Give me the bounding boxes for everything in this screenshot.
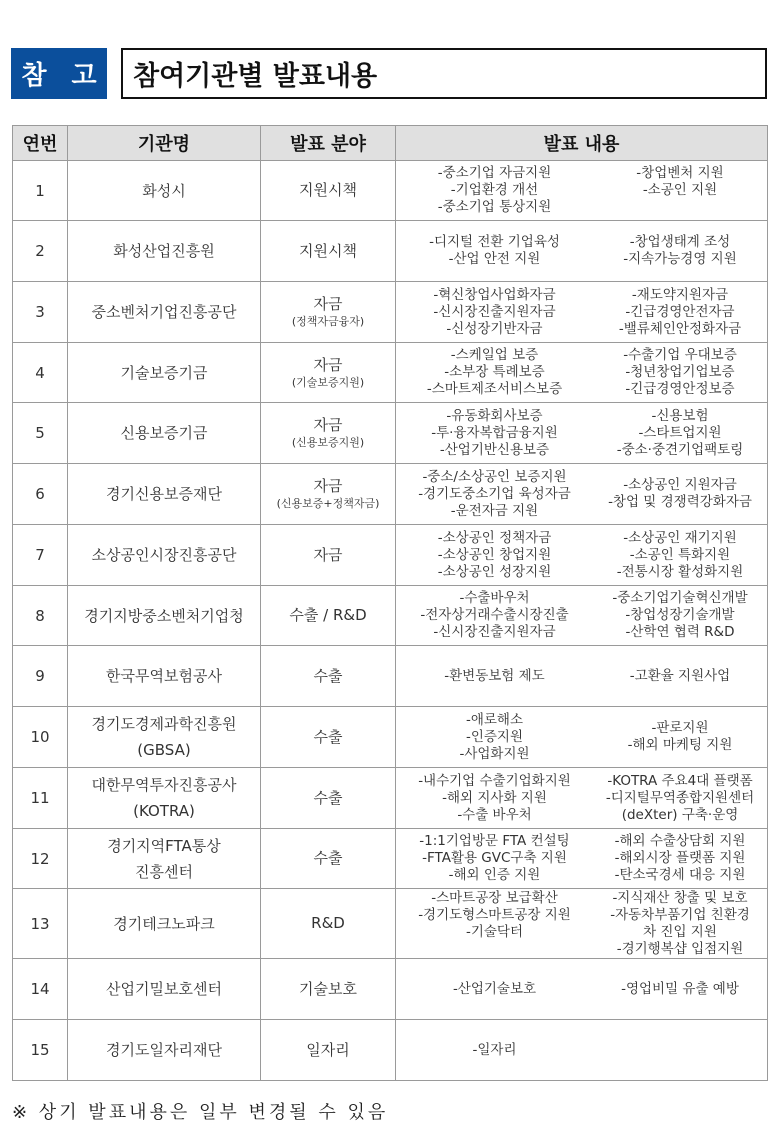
presentation-field: 수출 [261, 707, 396, 768]
presentation-content: -일자리 [396, 1020, 768, 1081]
content-item: -스타트업지원 [593, 425, 767, 442]
content-item: -스케일업 보증 [396, 347, 593, 364]
content-item: 차 진입 지원 [593, 924, 767, 941]
presentation-field: 수출 [261, 829, 396, 889]
field-label: 수출 [261, 789, 395, 808]
org-name: 경기도경제과학진흥원(GBSA) [68, 707, 261, 768]
table-row: 6경기신용보증재단자금(신용보증+정책자금)-중소/소상공인 보증지원-경기도중… [13, 464, 768, 525]
content-item: -신용보험 [593, 408, 767, 425]
content-column-left: -중소/소상공인 보증지원-경기도중소기업 육성자금-운전자금 지원 [396, 469, 593, 520]
content-item: -소부장 특례보증 [396, 364, 593, 381]
content-item: -신시장진출지원자금 [396, 304, 593, 321]
org-name-line: (KOTRA) [68, 798, 260, 824]
field-label: 자금 [261, 295, 395, 314]
content-item: -소상공인 지원자금 [593, 477, 767, 494]
content-item: -수출 바우처 [396, 807, 593, 824]
content-item: -경기도형스마트공장 지원 [396, 907, 593, 924]
content-item: -운전자금 지원 [396, 503, 593, 520]
content-item: -해외 수출상담회 지원 [593, 833, 767, 850]
content-item: -긴급경영안정보증 [593, 381, 767, 398]
org-name-line: 경기도경제과학진흥원 [68, 711, 260, 737]
field-label: 지원시책 [261, 242, 395, 261]
content-item: -창업성장기술개발 [593, 607, 767, 624]
row-number: 9 [13, 646, 68, 707]
content-item: -자동차부품기업 친환경 [593, 907, 767, 924]
presentation-content: -내수기업 수출기업화지원-해외 지사화 지원-수출 바우처-KOTRA 주요4… [396, 768, 768, 829]
row-number: 10 [13, 707, 68, 768]
content-column-left: -중소기업 자금지원-기업환경 개선-중소기업 통상지원 [396, 165, 593, 216]
row-number: 5 [13, 403, 68, 464]
content-item: -스마트공장 보급확산 [396, 890, 593, 907]
content-item: -지속가능경영 지원 [593, 251, 767, 268]
content-item: -판로지원 [593, 720, 767, 737]
content-item: -지식재산 창출 및 보호 [593, 890, 767, 907]
content-item: -중소기업기술혁신개발 [593, 590, 767, 607]
content-column-right: -영업비밀 유출 예방 [593, 981, 767, 998]
presentation-field: 수출 [261, 768, 396, 829]
column-header-field: 발표 분야 [261, 126, 396, 161]
row-number: 3 [13, 282, 68, 343]
org-name-line: 경기신용보증재단 [68, 481, 260, 507]
org-name-line: 경기지방중소벤처기업청 [68, 603, 260, 629]
org-name: 경기도일자리재단 [68, 1020, 261, 1081]
org-name-line: (GBSA) [68, 737, 260, 763]
content-item: -산업 안전 지원 [396, 251, 593, 268]
content-column-left: -환변동보험 제도 [396, 668, 593, 685]
content-item: -소상공인 정책자금 [396, 530, 593, 547]
presentation-content: -중소기업 자금지원-기업환경 개선-중소기업 통상지원-창업벤처 지원-소공인… [396, 161, 768, 221]
field-label: 기술보호 [261, 980, 395, 999]
org-name: 신용보증기금 [68, 403, 261, 464]
org-name-line: 산업기밀보호센터 [68, 976, 260, 1002]
org-name-line: 경기도일자리재단 [68, 1037, 260, 1063]
content-column-left: -내수기업 수출기업화지원-해외 지사화 지원-수출 바우처 [396, 773, 593, 824]
org-name-line: 기술보증기금 [68, 360, 260, 386]
presentation-field: 지원시책 [261, 221, 396, 282]
table-row: 3중소벤처기업진흥공단자금(정책자금융자)-혁신창업사업화자금-신시장진출지원자… [13, 282, 768, 343]
org-name-line: 한국무역보험공사 [68, 663, 260, 689]
content-item: -재도약지원자금 [593, 287, 767, 304]
content-item: -탄소국경세 대응 지원 [593, 867, 767, 884]
table-row: 7소상공인시장진흥공단자금-소상공인 정책자금-소상공인 창업지원-소상공인 성… [13, 525, 768, 586]
org-name: 한국무역보험공사 [68, 646, 261, 707]
presentation-field: 자금(신용보증지원) [261, 403, 396, 464]
row-number: 12 [13, 829, 68, 889]
org-name-line: 소상공인시장진흥공단 [68, 542, 260, 568]
presentation-content: -환변동보험 제도-고환율 지원사업 [396, 646, 768, 707]
org-name: 소상공인시장진흥공단 [68, 525, 261, 586]
content-column-left: -애로해소-인증지원-사업화지원 [396, 712, 593, 763]
content-item: -창업 및 경쟁력강화자금 [593, 494, 767, 511]
table-row: 1화성시지원시책-중소기업 자금지원-기업환경 개선-중소기업 통상지원-창업벤… [13, 161, 768, 221]
presentation-field: 지원시책 [261, 161, 396, 221]
field-sublabel: (신용보증+정책자금) [261, 496, 395, 511]
content-item: -소공인 지원 [593, 182, 767, 199]
content-item: -일자리 [396, 1042, 593, 1059]
column-header-content: 발표 내용 [396, 126, 768, 161]
row-number: 6 [13, 464, 68, 525]
field-label: 자금 [261, 356, 395, 375]
org-name: 기술보증기금 [68, 343, 261, 403]
field-label: 수출 [261, 667, 395, 686]
footnote: ※ 상기 발표내용은 일부 변경될 수 있음 [12, 1098, 388, 1124]
row-number: 2 [13, 221, 68, 282]
content-item: -산학연 협력 R&D [593, 624, 767, 641]
row-number: 14 [13, 959, 68, 1020]
content-item: -1:1기업방문 FTA 컨설팅 [396, 833, 593, 850]
presentation-content: -디지털 전환 기업육성-산업 안전 지원-창업생태계 조성-지속가능경영 지원 [396, 221, 768, 282]
org-name: 대한무역투자진흥공사(KOTRA) [68, 768, 261, 829]
presentation-content: -애로해소-인증지원-사업화지원-판로지원-해외 마케팅 지원 [396, 707, 768, 768]
content-column-right: -소상공인 재기지원-소공인 특화지원-전통시장 활성화지원 [593, 530, 767, 581]
content-column-right: -수출기업 우대보증-청년창업기업보증-긴급경영안정보증 [593, 347, 767, 398]
content-column-right: -지식재산 창출 및 보호-자동차부품기업 친환경 차 진입 지원-경기행복샵 … [593, 890, 767, 958]
org-name: 경기지방중소벤처기업청 [68, 586, 261, 646]
presentation-field: 자금(정책자금융자) [261, 282, 396, 343]
row-number: 11 [13, 768, 68, 829]
content-item: -유동화회사보증 [396, 408, 593, 425]
table-row: 13경기테크노파크R&D-스마트공장 보급확산-경기도형스마트공장 지원-기술닥… [13, 889, 768, 959]
row-number: 13 [13, 889, 68, 959]
content-item: -인증지원 [396, 729, 593, 746]
content-item: -신성장기반자금 [396, 321, 593, 338]
field-label: 자금 [261, 546, 395, 565]
field-label: 수출 / R&D [261, 606, 395, 625]
presentation-content: -혁신창업사업화자금-신시장진출지원자금-신성장기반자금-재도약지원자금-긴급경… [396, 282, 768, 343]
table-row: 9한국무역보험공사수출-환변동보험 제도-고환율 지원사업 [13, 646, 768, 707]
field-label: R&D [261, 914, 395, 933]
row-number: 4 [13, 343, 68, 403]
table-row: 14산업기밀보호센터기술보호-산업기술보호-영업비밀 유출 예방 [13, 959, 768, 1020]
content-item: -소상공인 재기지원 [593, 530, 767, 547]
table-row: 4기술보증기금자금(기술보증지원)-스케일업 보증-소부장 특례보증-스마트제조… [13, 343, 768, 403]
field-label: 자금 [261, 416, 395, 435]
reference-badge: 참 고 [11, 48, 107, 99]
content-item: -투·융자복합금융지원 [396, 425, 593, 442]
table-row: 5신용보증기금자금(신용보증지원)-유동화회사보증-투·융자복합금융지원-산업기… [13, 403, 768, 464]
org-name: 산업기밀보호센터 [68, 959, 261, 1020]
field-label: 일자리 [261, 1041, 395, 1060]
field-sublabel: (정책자금융자) [261, 314, 395, 329]
content-column-right: -소상공인 지원자금-창업 및 경쟁력강화자금 [593, 477, 767, 511]
presentation-content: -수출바우처-전자상거래수출시장진출-신시장진출지원자금-중소기업기술혁신개발-… [396, 586, 768, 646]
presentation-field: R&D [261, 889, 396, 959]
content-column-left: -수출바우처-전자상거래수출시장진출-신시장진출지원자금 [396, 590, 593, 641]
org-name: 경기테크노파크 [68, 889, 261, 959]
org-name: 경기신용보증재단 [68, 464, 261, 525]
content-item: -중소/소상공인 보증지원 [396, 469, 593, 486]
content-item: -경기도중소기업 육성자금 [396, 486, 593, 503]
org-name-line: 화성시 [68, 178, 260, 204]
content-column-right: -창업생태계 조성-지속가능경영 지원 [593, 234, 767, 268]
presentation-table: 연번 기관명 발표 분야 발표 내용 1화성시지원시책-중소기업 자금지원-기업… [12, 125, 768, 1081]
org-name: 경기지역FTA통상진흥센터 [68, 829, 261, 889]
content-column-right: -판로지원-해외 마케팅 지원 [593, 720, 767, 754]
org-name: 중소벤처기업진흥공단 [68, 282, 261, 343]
content-item: -청년창업기업보증 [593, 364, 767, 381]
content-item: -애로해소 [396, 712, 593, 729]
content-item: -기업환경 개선 [396, 182, 593, 199]
row-number: 1 [13, 161, 68, 221]
content-item: -중소기업 통상지원 [396, 199, 593, 216]
content-item: -소상공인 창업지원 [396, 547, 593, 564]
content-column-left: -혁신창업사업화자금-신시장진출지원자금-신성장기반자금 [396, 287, 593, 338]
presentation-field: 자금 [261, 525, 396, 586]
table-row: 15경기도일자리재단일자리-일자리 [13, 1020, 768, 1081]
content-item: -KOTRA 주요4대 플랫폼 [593, 773, 767, 790]
row-number: 15 [13, 1020, 68, 1081]
content-item: -영업비밀 유출 예방 [593, 981, 767, 998]
org-name-line: 대한무역투자진흥공사 [68, 772, 260, 798]
content-column-left: -스케일업 보증-소부장 특례보증-스마트제조서비스보증 [396, 347, 593, 398]
field-label: 자금 [261, 477, 395, 496]
content-item: -밸류체인안정화자금 [593, 321, 767, 338]
content-item: -신시장진출지원자금 [396, 624, 593, 641]
content-column-right: -중소기업기술혁신개발-창업성장기술개발-산학연 협력 R&D [593, 590, 767, 641]
content-column-right: -KOTRA 주요4대 플랫폼-디지털무역종합지원센터 (deXter) 구축·… [593, 773, 767, 824]
content-item: -소상공인 성장지원 [396, 564, 593, 581]
org-name-line: 중소벤처기업진흥공단 [68, 299, 260, 325]
content-item: -해외시장 플랫폼 지원 [593, 850, 767, 867]
presentation-field: 일자리 [261, 1020, 396, 1081]
content-column-left: -산업기술보호 [396, 981, 593, 998]
content-item: -해외 인증 지원 [396, 867, 593, 884]
column-header-org: 기관명 [68, 126, 261, 161]
content-item: -전통시장 활성화지원 [593, 564, 767, 581]
content-column-right: -창업벤처 지원-소공인 지원 [593, 165, 767, 199]
org-name-line: 신용보증기금 [68, 420, 260, 446]
row-number: 8 [13, 586, 68, 646]
org-name: 화성시 [68, 161, 261, 221]
org-name-line: 경기테크노파크 [68, 911, 260, 937]
org-name-line: 화성산업진흥원 [68, 238, 260, 264]
content-column-right: -신용보험-스타트업지원-중소·중견기업팩토링 [593, 408, 767, 459]
presentation-field: 자금(신용보증+정책자금) [261, 464, 396, 525]
content-item: -수출기업 우대보증 [593, 347, 767, 364]
page-title: 참여기관별 발표내용 [121, 48, 767, 99]
field-sublabel: (신용보증지원) [261, 435, 395, 450]
org-name-line: 경기지역FTA통상 [68, 833, 260, 859]
org-name: 화성산업진흥원 [68, 221, 261, 282]
table-row: 11대한무역투자진흥공사(KOTRA)수출-내수기업 수출기업화지원-해외 지사… [13, 768, 768, 829]
table-row: 8경기지방중소벤처기업청수출 / R&D-수출바우처-전자상거래수출시장진출-신… [13, 586, 768, 646]
content-item: -산업기술보호 [396, 981, 593, 998]
content-item: -경기행복샵 입점지원 [593, 941, 767, 958]
org-name-line: 진흥센터 [68, 859, 260, 885]
content-item: -환변동보험 제도 [396, 668, 593, 685]
content-item: -고환율 지원사업 [593, 668, 767, 685]
presentation-content: -스케일업 보증-소부장 특례보증-스마트제조서비스보증-수출기업 우대보증-청… [396, 343, 768, 403]
content-column-left: -일자리 [396, 1042, 593, 1059]
content-column-right: -해외 수출상담회 지원-해외시장 플랫폼 지원-탄소국경세 대응 지원 [593, 833, 767, 884]
content-item: -해외 마케팅 지원 [593, 737, 767, 754]
presentation-field: 수출 [261, 646, 396, 707]
presentation-content: -산업기술보호-영업비밀 유출 예방 [396, 959, 768, 1020]
field-label: 수출 [261, 849, 395, 868]
content-item: -내수기업 수출기업화지원 [396, 773, 593, 790]
presentation-content: -1:1기업방문 FTA 컨설팅-FTA활용 GVC구축 지원-해외 인증 지원… [396, 829, 768, 889]
content-item: -산업기반신용보증 [396, 442, 593, 459]
content-column-right: -고환율 지원사업 [593, 668, 767, 685]
content-item: -디지털무역종합지원센터 [593, 790, 767, 807]
content-column-left: -소상공인 정책자금-소상공인 창업지원-소상공인 성장지원 [396, 530, 593, 581]
content-item: -중소·중견기업팩토링 [593, 442, 767, 459]
content-item: (deXter) 구축·운영 [593, 807, 767, 824]
content-item: -소공인 특화지원 [593, 547, 767, 564]
content-item: -혁신창업사업화자금 [396, 287, 593, 304]
content-item: -전자상거래수출시장진출 [396, 607, 593, 624]
field-label: 수출 [261, 728, 395, 747]
content-column-left: -유동화회사보증-투·융자복합금융지원-산업기반신용보증 [396, 408, 593, 459]
presentation-field: 기술보호 [261, 959, 396, 1020]
content-item: -기술닥터 [396, 924, 593, 941]
field-label: 지원시책 [261, 181, 395, 200]
column-header-no: 연번 [13, 126, 68, 161]
content-column-left: -디지털 전환 기업육성-산업 안전 지원 [396, 234, 593, 268]
content-item: -창업생태계 조성 [593, 234, 767, 251]
presentation-content: -스마트공장 보급확산-경기도형스마트공장 지원-기술닥터-지식재산 창출 및 … [396, 889, 768, 959]
presentation-content: -소상공인 정책자금-소상공인 창업지원-소상공인 성장지원-소상공인 재기지원… [396, 525, 768, 586]
content-item: -창업벤처 지원 [593, 165, 767, 182]
content-item: -해외 지사화 지원 [396, 790, 593, 807]
table-row: 12경기지역FTA통상진흥센터수출-1:1기업방문 FTA 컨설팅-FTA활용 … [13, 829, 768, 889]
presentation-content: -중소/소상공인 보증지원-경기도중소기업 육성자금-운전자금 지원-소상공인 … [396, 464, 768, 525]
table-row: 2화성산업진흥원지원시책-디지털 전환 기업육성-산업 안전 지원-창업생태계 … [13, 221, 768, 282]
content-column-left: -1:1기업방문 FTA 컨설팅-FTA활용 GVC구축 지원-해외 인증 지원 [396, 833, 593, 884]
content-item: -스마트제조서비스보증 [396, 381, 593, 398]
table-header-row: 연번 기관명 발표 분야 발표 내용 [13, 126, 768, 161]
content-column-right: -재도약지원자금-긴급경영안전자금-밸류체인안정화자금 [593, 287, 767, 338]
title-bar: 참 고 참여기관별 발표내용 [11, 48, 767, 99]
content-column-left: -스마트공장 보급확산-경기도형스마트공장 지원-기술닥터 [396, 890, 593, 941]
content-item: -FTA활용 GVC구축 지원 [396, 850, 593, 867]
presentation-field: 자금(기술보증지원) [261, 343, 396, 403]
content-item: -긴급경영안전자금 [593, 304, 767, 321]
table-row: 10경기도경제과학진흥원(GBSA)수출-애로해소-인증지원-사업화지원-판로지… [13, 707, 768, 768]
content-item: -디지털 전환 기업육성 [396, 234, 593, 251]
presentation-field: 수출 / R&D [261, 586, 396, 646]
table-body: 1화성시지원시책-중소기업 자금지원-기업환경 개선-중소기업 통상지원-창업벤… [13, 161, 768, 1081]
content-item: -수출바우처 [396, 590, 593, 607]
row-number: 7 [13, 525, 68, 586]
field-sublabel: (기술보증지원) [261, 375, 395, 390]
presentation-content: -유동화회사보증-투·융자복합금융지원-산업기반신용보증-신용보험-스타트업지원… [396, 403, 768, 464]
content-item: -중소기업 자금지원 [396, 165, 593, 182]
content-item: -사업화지원 [396, 746, 593, 763]
